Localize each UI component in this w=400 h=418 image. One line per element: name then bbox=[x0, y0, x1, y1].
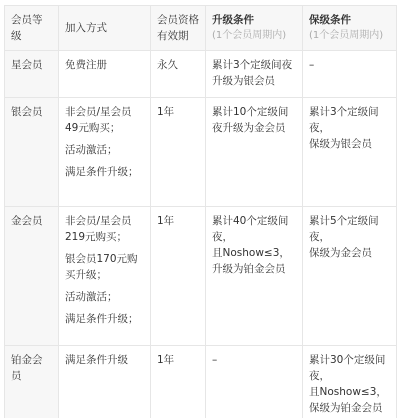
cell-upgrade: 累计40个定级间夜， 且Noshow≤3， 升级为铂金会员 bbox=[206, 207, 303, 346]
retain-line: – bbox=[309, 57, 390, 73]
cell-validity: 1年 bbox=[151, 346, 206, 418]
cell-retain: – bbox=[303, 51, 397, 98]
cell-upgrade: – bbox=[206, 346, 303, 418]
upgrade-line: 累计3个定级间夜 bbox=[212, 57, 296, 73]
join-method: 非会员/星会员49元购买； bbox=[65, 104, 144, 136]
retain-line: 保级为铂金会员 bbox=[309, 400, 390, 416]
retain-line: 累计3个定级间夜， bbox=[309, 104, 390, 136]
upgrade-line: 累计10个定级间 bbox=[212, 104, 296, 120]
header-validity: 会员资格 有效期 bbox=[151, 6, 206, 51]
retain-line: 保级为银会员 bbox=[309, 136, 390, 152]
header-join-label: 加入方式 bbox=[65, 22, 107, 34]
upgrade-line: 且Noshow≤3， bbox=[212, 245, 296, 261]
table-row: 金会员 非会员/星会员219元购买； 银会员170元购买升级； 活动激活； 满足… bbox=[5, 207, 397, 346]
table-row: 铂金会员 满足条件升级 1年 – 累计30个定级间夜， 且Noshow≤3， 保… bbox=[5, 346, 397, 418]
upgrade-line: 夜升级为金会员 bbox=[212, 120, 296, 136]
table-row: 星会员 免费注册 永久 累计3个定级间夜 升级为银会员 – bbox=[5, 51, 397, 98]
header-validity-line1: 会员资格 bbox=[157, 12, 199, 28]
header-upgrade: 升级条件 (1个会员周期内) bbox=[206, 6, 303, 51]
cell-level: 金会员 bbox=[5, 207, 59, 346]
header-join: 加入方式 bbox=[59, 6, 151, 51]
table-row: 银会员 非会员/星会员49元购买； 活动激活； 满足条件升级； 1年 累计10个… bbox=[5, 98, 397, 207]
cell-retain: 累计30个定级间夜， 且Noshow≤3， 保级为铂金会员 bbox=[303, 346, 397, 418]
cell-validity: 1年 bbox=[151, 98, 206, 207]
join-method: 活动激活； bbox=[65, 142, 144, 158]
retain-line: 且Noshow≤3， bbox=[309, 384, 390, 400]
cell-join: 满足条件升级 bbox=[59, 346, 151, 418]
join-method: 满足条件升级 bbox=[65, 352, 144, 368]
retain-line: 累计5个定级间夜， bbox=[309, 213, 390, 245]
membership-levels-table: 会员等级 加入方式 会员资格 有效期 升级条件 (1个会员周期内) 保级条件 (… bbox=[4, 5, 397, 418]
join-method: 免费注册 bbox=[65, 57, 144, 73]
join-method: 满足条件升级； bbox=[65, 164, 144, 180]
join-method: 银会员170元购买升级； bbox=[65, 251, 144, 283]
retain-line: 累计30个定级间夜， bbox=[309, 352, 390, 384]
upgrade-line: 升级为铂金会员 bbox=[212, 261, 296, 277]
header-retain: 保级条件 (1个会员周期内) bbox=[303, 6, 397, 51]
header-upgrade-sub: (1个会员周期内) bbox=[212, 28, 296, 44]
join-method: 满足条件升级； bbox=[65, 311, 144, 327]
cell-validity: 1年 bbox=[151, 207, 206, 346]
cell-join: 非会员/星会员219元购买； 银会员170元购买升级； 活动激活； 满足条件升级… bbox=[59, 207, 151, 346]
cell-upgrade: 累计10个定级间 夜升级为金会员 bbox=[206, 98, 303, 207]
cell-validity: 永久 bbox=[151, 51, 206, 98]
header-validity-line2: 有效期 bbox=[157, 28, 199, 44]
cell-retain: 累计3个定级间夜， 保级为银会员 bbox=[303, 98, 397, 207]
upgrade-line: 累计40个定级间夜， bbox=[212, 213, 296, 245]
upgrade-line: – bbox=[212, 352, 296, 368]
cell-upgrade: 累计3个定级间夜 升级为银会员 bbox=[206, 51, 303, 98]
retain-line: 保级为金会员 bbox=[309, 245, 390, 261]
cell-retain: 累计5个定级间夜， 保级为金会员 bbox=[303, 207, 397, 346]
header-retain-label: 保级条件 bbox=[309, 12, 390, 28]
cell-level: 星会员 bbox=[5, 51, 59, 98]
header-retain-sub: (1个会员周期内) bbox=[309, 28, 390, 44]
cell-level: 银会员 bbox=[5, 98, 59, 207]
cell-join: 免费注册 bbox=[59, 51, 151, 98]
header-upgrade-label: 升级条件 bbox=[212, 12, 296, 28]
header-level: 会员等级 bbox=[5, 6, 59, 51]
cell-join: 非会员/星会员49元购买； 活动激活； 满足条件升级； bbox=[59, 98, 151, 207]
upgrade-line: 升级为银会员 bbox=[212, 73, 296, 89]
join-method: 非会员/星会员219元购买； bbox=[65, 213, 144, 245]
header-level-label: 会员等级 bbox=[11, 14, 43, 42]
cell-level: 铂金会员 bbox=[5, 346, 59, 418]
header-row: 会员等级 加入方式 会员资格 有效期 升级条件 (1个会员周期内) 保级条件 (… bbox=[5, 6, 397, 51]
join-method: 活动激活； bbox=[65, 289, 144, 305]
